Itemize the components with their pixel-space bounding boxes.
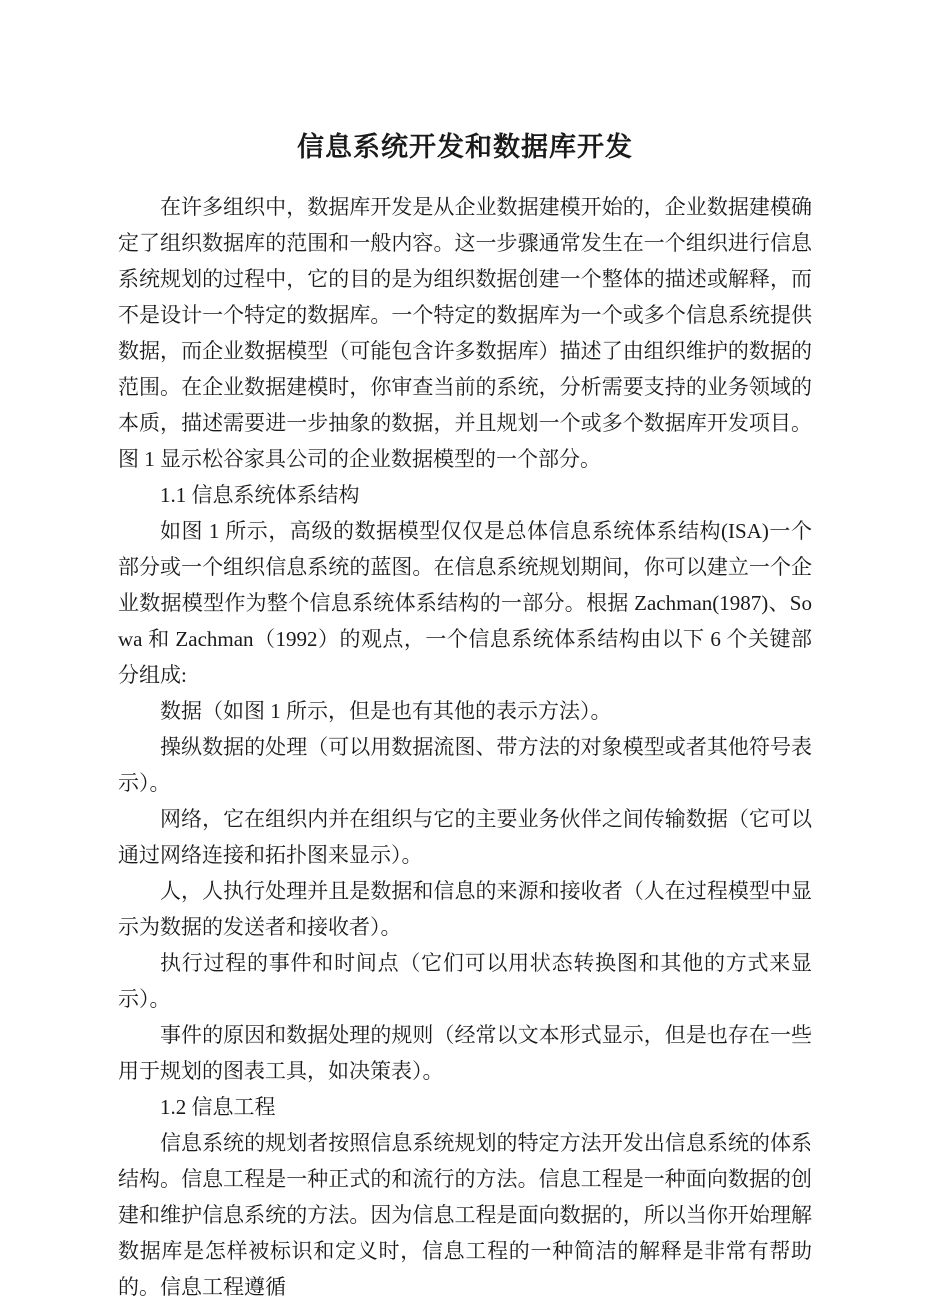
document-page: 信息系统开发和数据库开发 在许多组织中，数据库开发是从企业数据建模开始的，企业数… (0, 0, 926, 1309)
list-item-events: 执行过程的事件和时间点（它们可以用状态转换图和其他的方式来显示）。 (118, 945, 812, 1017)
list-item-processing: 操纵数据的处理（可以用数据流图、带方法的对象模型或者其他符号表示）。 (118, 729, 812, 801)
list-item-data: 数据（如图 1 所示，但是也有其他的表示方法）。 (118, 693, 812, 729)
list-item-network: 网络，它在组织内并在组织与它的主要业务伙伴之间传输数据（它可以通过网络连接和拓扑… (118, 801, 812, 873)
paragraph-intro: 在许多组织中，数据库开发是从企业数据建模开始的，企业数据建模确定了组织数据库的范… (118, 189, 812, 477)
paragraph-information-engineering: 信息系统的规划者按照信息系统规划的特定方法开发出信息系统的体系结构。信息工程是一… (118, 1125, 812, 1305)
paragraph-isa: 如图 1 所示，高级的数据模型仅仅是总体信息系统体系结构(ISA)一个部分或一个… (118, 513, 812, 693)
section-heading-1-1: 1.1 信息系统体系结构 (118, 477, 812, 513)
list-item-people: 人，人执行处理并且是数据和信息的来源和接收者（人在过程模型中显示为数据的发送者和… (118, 873, 812, 945)
document-title: 信息系统开发和数据库开发 (118, 128, 812, 166)
section-heading-1-2: 1.2 信息工程 (118, 1089, 812, 1125)
list-item-rules: 事件的原因和数据处理的规则（经常以文本形式显示，但是也存在一些用于规划的图表工具… (118, 1017, 812, 1089)
